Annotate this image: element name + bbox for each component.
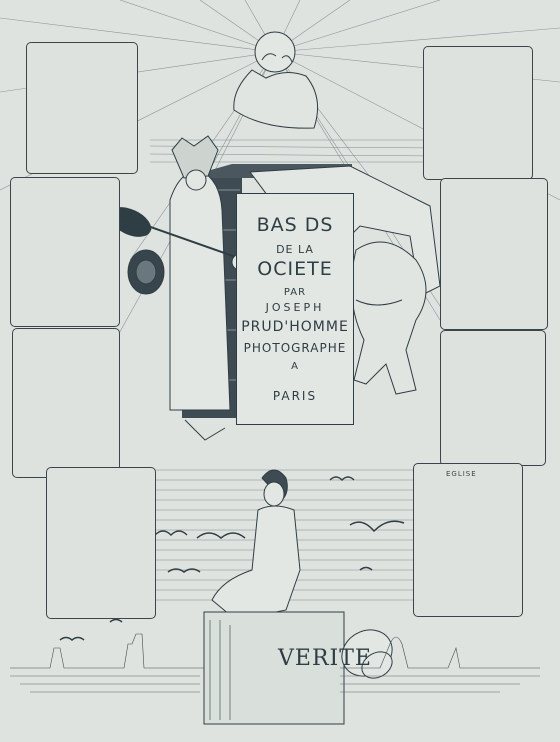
church-sign: EGLISE [446,470,477,478]
title-line-2: DE LA [237,244,353,255]
title-card: BAS DS DE LA OCIETE PAR JOSEPH PRUD'HOMM… [236,193,354,425]
pedestal-inscription: VERITE [278,646,372,671]
vignette-left-3 [12,328,120,478]
etching-sheet: BAS DS DE LA OCIETE PAR JOSEPH PRUD'HOMM… [0,0,560,742]
title-line-5: JOSEPH [237,302,353,313]
vignette-top-left [26,42,138,174]
crouching-photographer [352,242,427,394]
vignette-right-3 [440,330,546,466]
sun-figure [234,32,318,128]
title-line-3: OCIETE [239,260,351,279]
title-line-1: BAS DS [241,216,349,235]
title-line-6: PRUD'HOMME [237,320,353,334]
title-line-4: PAR [237,288,353,298]
vignette-top-right [423,46,533,180]
vignette-bottom-left [46,467,156,619]
title-line-8: A [237,362,353,372]
vignette-bottom-right [413,463,523,617]
title-line-9: PARIS [237,390,353,402]
title-line-7: PHOTOGRAPHE [237,342,353,354]
vignette-right-2 [440,178,548,330]
vignette-left-2 [10,177,120,327]
